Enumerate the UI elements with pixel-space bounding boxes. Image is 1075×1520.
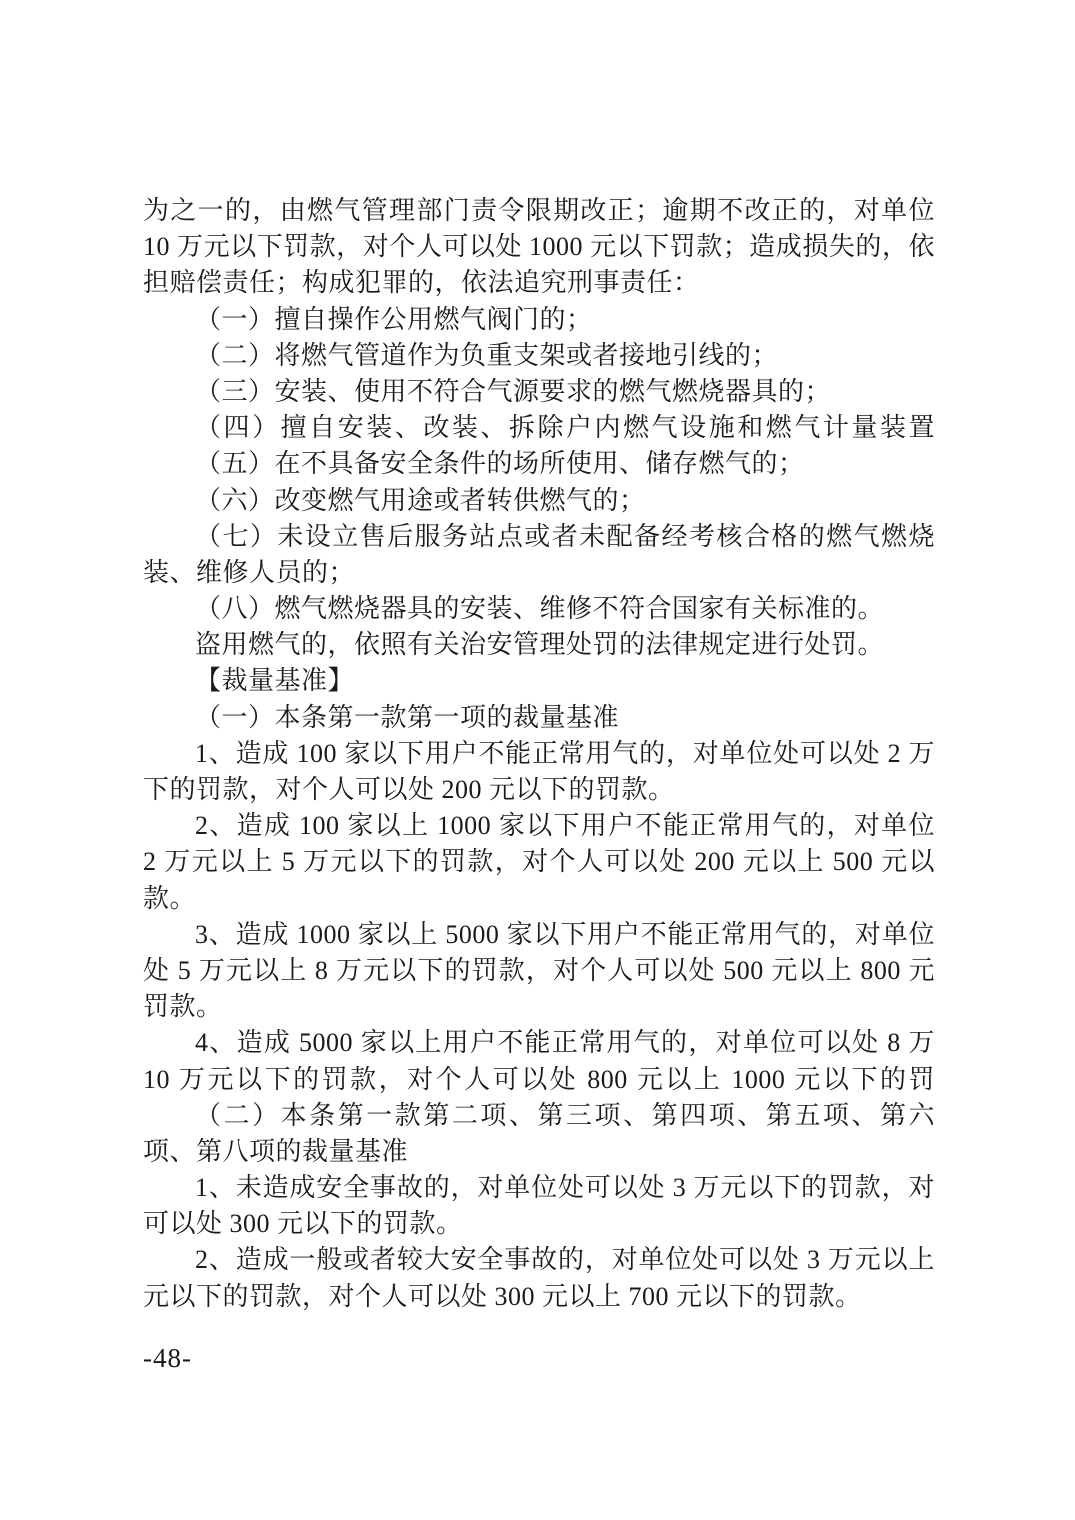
text-line: （四）擅自安装、改装、拆除户内燃气设施和燃气计量装置的； (143, 410, 935, 446)
text-line: 装、维修人员的； (143, 555, 935, 591)
text-line: 3、造成 1000 家以上 5000 家以下用户不能正常用气的，对单位可以 (143, 917, 935, 953)
page-number: -48- (143, 1340, 192, 1376)
text-line: （六）改变燃气用途或者转供燃气的； (143, 483, 935, 519)
text-line: （八）燃气燃烧器具的安装、维修不符合国家有关标准的。 (143, 591, 935, 627)
text-line: 项、第八项的裁量基准 (143, 1134, 935, 1170)
text-line: 罚款。 (143, 989, 935, 1025)
document-body-text: 为之一的，由燃气管理部门责令限期改正；逾期不改正的，对单位可以处 10 万元以下… (143, 193, 935, 1315)
text-line: 10 万元以下罚款，对个人可以处 1000 元以下罚款；造成损失的，依法承 (143, 229, 935, 265)
text-line: （三）安装、使用不符合气源要求的燃气燃烧器具的； (143, 374, 935, 410)
text-line: （五）在不具备安全条件的场所使用、储存燃气的； (143, 446, 935, 482)
text-line: 担赔偿责任；构成犯罪的，依法追究刑事责任： (143, 265, 935, 301)
text-line: 可以处 300 元以下的罚款。 (143, 1206, 935, 1242)
text-line: （一）擅自操作公用燃气阀门的； (143, 302, 935, 338)
text-line: 为之一的，由燃气管理部门责令限期改正；逾期不改正的，对单位可以处 (143, 193, 935, 229)
text-line: 下的罚款，对个人可以处 200 元以下的罚款。 (143, 772, 935, 808)
text-line: 款。 (143, 881, 935, 917)
text-line: （二）本条第一款第二项、第三项、第四项、第五项、第六项、第七 (143, 1098, 935, 1134)
text-line: （一）本条第一款第一项的裁量基准 (143, 700, 935, 736)
text-line: 10 万元以下的罚款，对个人可以处 800 元以上 1000 元以下的罚款。 (143, 1062, 935, 1098)
text-line: 盗用燃气的，依照有关治安管理处罚的法律规定进行处罚。 (143, 627, 935, 663)
document-page: 为之一的，由燃气管理部门责令限期改正；逾期不改正的，对单位可以处 10 万元以下… (0, 0, 1075, 1520)
section-heading: 【裁量基准】 (143, 663, 935, 699)
text-line: 1、造成 100 家以下用户不能正常用气的，对单位处可以处 2 万元以 (143, 736, 935, 772)
text-line: （二）将燃气管道作为负重支架或者接地引线的； (143, 338, 935, 374)
text-line: 2 万元以上 5 万元以下的罚款，对个人可以处 200 元以上 500 元以下的… (143, 844, 935, 880)
text-line: 2、造成一般或者较大安全事故的，对单位处可以处 3 万元以上 7 万 (143, 1242, 935, 1278)
text-line: （七）未设立售后服务站点或者未配备经考核合格的燃气燃烧器具安 (143, 519, 935, 555)
text-line: 元以下的罚款，对个人可以处 300 元以上 700 元以下的罚款。 (143, 1279, 935, 1315)
text-line: 处 5 万元以上 8 万元以下的罚款，对个人可以处 500 元以上 800 元以… (143, 953, 935, 989)
text-line: 2、造成 100 家以上 1000 家以下用户不能正常用气的，对单位可以处 (143, 808, 935, 844)
text-line: 4、造成 5000 家以上用户不能正常用气的，对单位可以处 8 万元以上 (143, 1025, 935, 1061)
text-line: 1、未造成安全事故的，对单位处可以处 3 万元以下的罚款，对个人 (143, 1170, 935, 1206)
